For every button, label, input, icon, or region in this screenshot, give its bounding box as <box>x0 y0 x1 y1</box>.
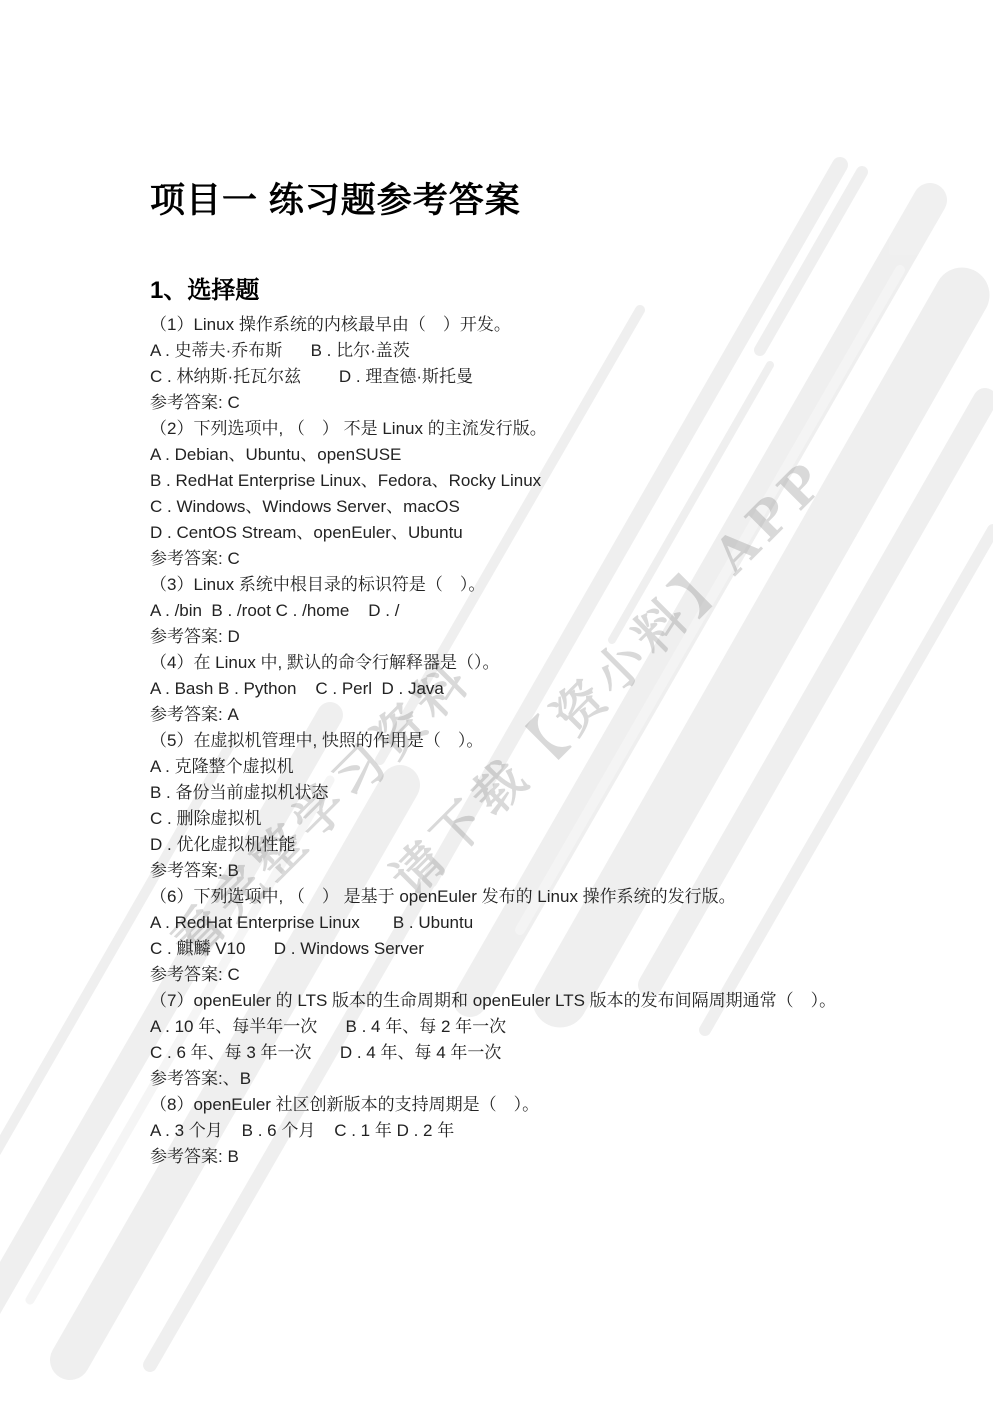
option-line: D . CentOS Stream、openEuler、Ubuntu <box>150 520 910 546</box>
option-line: A . Bash B . Python C . Perl D . Java <box>150 676 910 702</box>
answer-line: 参考答案: C <box>150 546 910 572</box>
question-stem: （2）下列选项中, （ ） 不是 Linux 的主流发行版。 <box>150 416 910 442</box>
question-stem: （7）openEuler 的 LTS 版本的生命周期和 openEuler LT… <box>150 988 910 1014</box>
question-block-4: （4）在 Linux 中, 默认的命令行解释器是（）。 A . Bash B .… <box>150 650 910 728</box>
answer-line: 参考答案: C <box>150 962 910 988</box>
option-line: C . 6 年、每 3 年一次 D . 4 年、每 4 年一次 <box>150 1040 910 1066</box>
option-line: A . 3 个月 B . 6 个月 C . 1 年 D . 2 年 <box>150 1118 910 1144</box>
answer-line: 参考答案: B <box>150 1144 910 1170</box>
page-title: 项目一 练习题参考答案 <box>150 173 521 223</box>
question-block-2: （2）下列选项中, （ ） 不是 Linux 的主流发行版。 A . Debia… <box>150 416 910 572</box>
question-stem: （8）openEuler 社区创新版本的支持周期是（ ）。 <box>150 1092 910 1118</box>
question-list: （1）Linux 操作系统的内核最早由（ ）开发。 A . 史蒂夫·乔布斯 B … <box>150 312 910 1170</box>
question-block-1: （1）Linux 操作系统的内核最早由（ ）开发。 A . 史蒂夫·乔布斯 B … <box>150 312 910 416</box>
option-line: C . 删除虚拟机 <box>150 806 910 832</box>
option-line: C . Windows、Windows Server、macOS <box>150 494 910 520</box>
question-block-7: （7）openEuler 的 LTS 版本的生命周期和 openEuler LT… <box>150 988 910 1092</box>
option-line: A . 10 年、每半年一次 B . 4 年、每 2 年一次 <box>150 1014 910 1040</box>
question-block-5: （5）在虚拟机管理中, 快照的作用是（ ）。 A . 克隆整个虚拟机 B . 备… <box>150 728 910 884</box>
option-line: C . 林纳斯·托瓦尔兹 D . 理查德·斯托曼 <box>150 364 910 390</box>
question-block-6: （6）下列选项中, （ ） 是基于 openEuler 发布的 Linux 操作… <box>150 884 910 988</box>
document-page: 看完整学习资料 请下载【资小料】APP 项目一 练习题参考答案 1、选择题 （1… <box>0 0 993 1404</box>
answer-line: 参考答案: A <box>150 702 910 728</box>
option-line: A . 克隆整个虚拟机 <box>150 754 910 780</box>
option-line: A . RedHat Enterprise Linux B . Ubuntu <box>150 910 910 936</box>
question-block-3: （3）Linux 系统中根目录的标识符是（ ）。 A . /bin B . /r… <box>150 572 910 650</box>
question-stem: （3）Linux 系统中根目录的标识符是（ ）。 <box>150 572 910 598</box>
option-line: A . /bin B . /root C . /home D . / <box>150 598 910 624</box>
option-line: C . 麒麟 V10 D . Windows Server <box>150 936 910 962</box>
option-line: D . 优化虚拟机性能 <box>150 832 910 858</box>
question-block-8: （8）openEuler 社区创新版本的支持周期是（ ）。 A . 3 个月 B… <box>150 1092 910 1170</box>
answer-line: 参考答案: B <box>150 858 910 884</box>
answer-line: 参考答案:、B <box>150 1066 910 1092</box>
answer-line: 参考答案: C <box>150 390 910 416</box>
answer-line: 参考答案: D <box>150 624 910 650</box>
option-line: B . 备份当前虚拟机状态 <box>150 780 910 806</box>
question-stem: （5）在虚拟机管理中, 快照的作用是（ ）。 <box>150 728 910 754</box>
question-stem: （4）在 Linux 中, 默认的命令行解释器是（）。 <box>150 650 910 676</box>
option-line: B . RedHat Enterprise Linux、Fedora、Rocky… <box>150 468 910 494</box>
option-line: A . Debian、Ubuntu、openSUSE <box>150 442 910 468</box>
question-stem: （6）下列选项中, （ ） 是基于 openEuler 发布的 Linux 操作… <box>150 884 910 910</box>
question-stem: （1）Linux 操作系统的内核最早由（ ）开发。 <box>150 312 910 338</box>
section-heading: 1、选择题 <box>150 270 259 305</box>
option-line: A . 史蒂夫·乔布斯 B . 比尔·盖茨 <box>150 338 910 364</box>
